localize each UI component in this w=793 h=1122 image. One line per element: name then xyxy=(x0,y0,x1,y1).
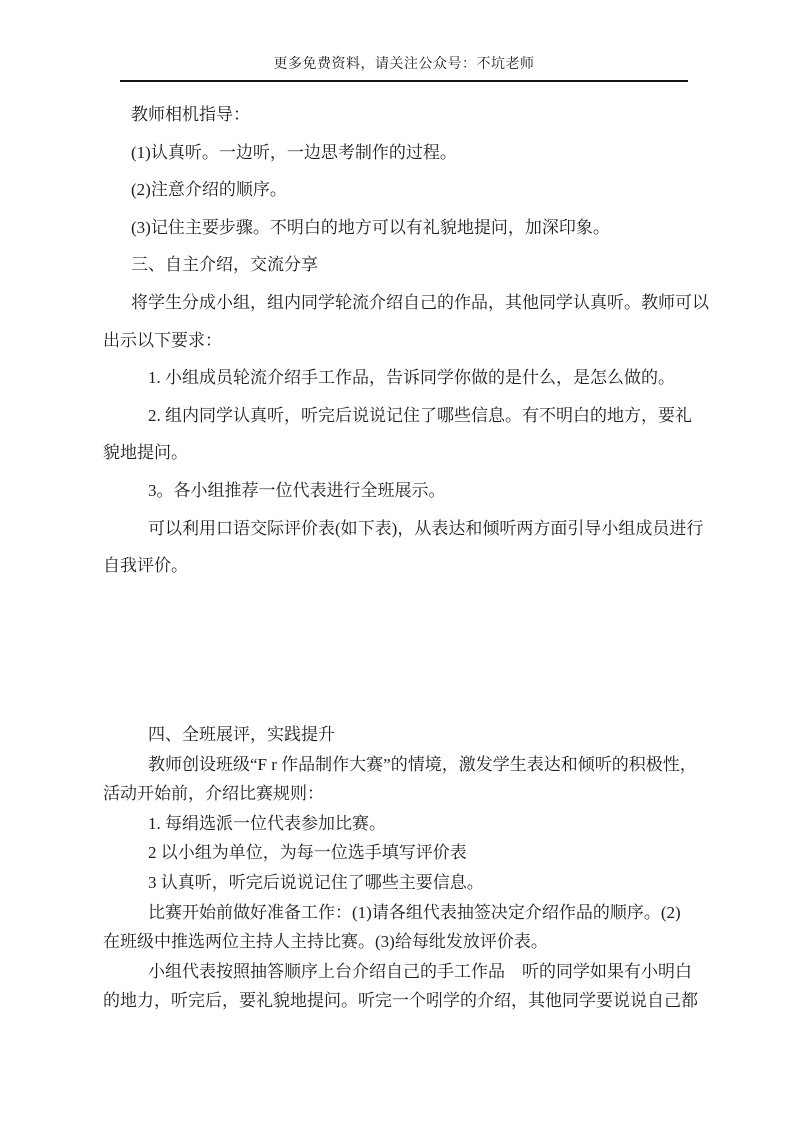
text-line: (2)注意介绍的顺序。 xyxy=(103,171,743,209)
document-page: 更多免费资料，请关注公众号：不坑老师 教师相机指导： (1)认真听。一边听，一边… xyxy=(0,0,793,1122)
text-line: 将学生分成小组，组内同学轮流介绍自己的作品，其他同学认真听。教师可以 xyxy=(103,284,743,322)
text-line: 3 认真听，听完后说说记住了哪些主要信息。 xyxy=(103,868,743,898)
text-line: 3。各小组推荐一位代表进行全班展示。 xyxy=(103,472,743,510)
text-line: 比赛开始前做好准备工作：(1)请各组代表抽签决定介绍作品的顺序。(2) xyxy=(103,898,743,928)
section-heading: 三、自主介绍，交流分享 xyxy=(103,246,743,284)
text-line: 可以利用口语交际评价表(如下表)，从表达和倾听两方面引导小组成员进行 xyxy=(103,510,743,548)
text-line: 教师创设班级“F r 作品制作大赛”的情境，激发学生表达和倾听的积极性， xyxy=(103,750,743,780)
text-line: 自我评价。 xyxy=(103,547,743,585)
text-line: 的地力，听完后，要礼貌地提问。听完一个吲学的介绍，其他同学要说说自己都 xyxy=(103,986,743,1016)
text-line: 1. 每绢选派一位代表参加比赛。 xyxy=(103,809,743,839)
text-line: 2 以小组为单位，为每一位选手填写评价表 xyxy=(103,838,743,868)
text-line: 出示以下要求： xyxy=(103,322,743,360)
text-line: 活动开始前，介绍比赛规则： xyxy=(103,779,743,809)
body-text-bottom: 四、全班展评，实践提升 教师创设班级“F r 作品制作大赛”的情境，激发学生表达… xyxy=(103,720,743,1016)
body-text-top: 教师相机指导： (1)认真听。一边听，一边思考制作的过程。 (2)注意介绍的顺序… xyxy=(103,96,743,585)
text-line: 在班级中推选两位主持人主持比赛。(3)给每纰发放评价表。 xyxy=(103,927,743,957)
text-line: 貌地提问。 xyxy=(103,434,743,472)
text-line: 1. 小组成员轮流介绍手工作品，告诉同学你做的是什么，是怎么做的。 xyxy=(103,359,743,397)
text-line: 小组代表按照抽答顺序上台介绍自己的手工作品 听的同学如果有小明白 xyxy=(103,957,743,987)
section-heading: 四、全班展评，实践提升 xyxy=(103,720,743,750)
page-header-notice: 更多免费资料，请关注公众号：不坑老师 xyxy=(120,53,688,82)
text-line: 教师相机指导： xyxy=(103,96,743,134)
text-line: (3)记住主要步骤。不明白的地方可以有礼貌地提问，加深印象。 xyxy=(103,209,743,247)
text-line: (1)认真听。一边听，一边思考制作的过程。 xyxy=(103,134,743,172)
text-line: 2. 组内同学认真听，听完后说说记住了哪些信息。有不明白的地方，要礼 xyxy=(103,397,743,435)
